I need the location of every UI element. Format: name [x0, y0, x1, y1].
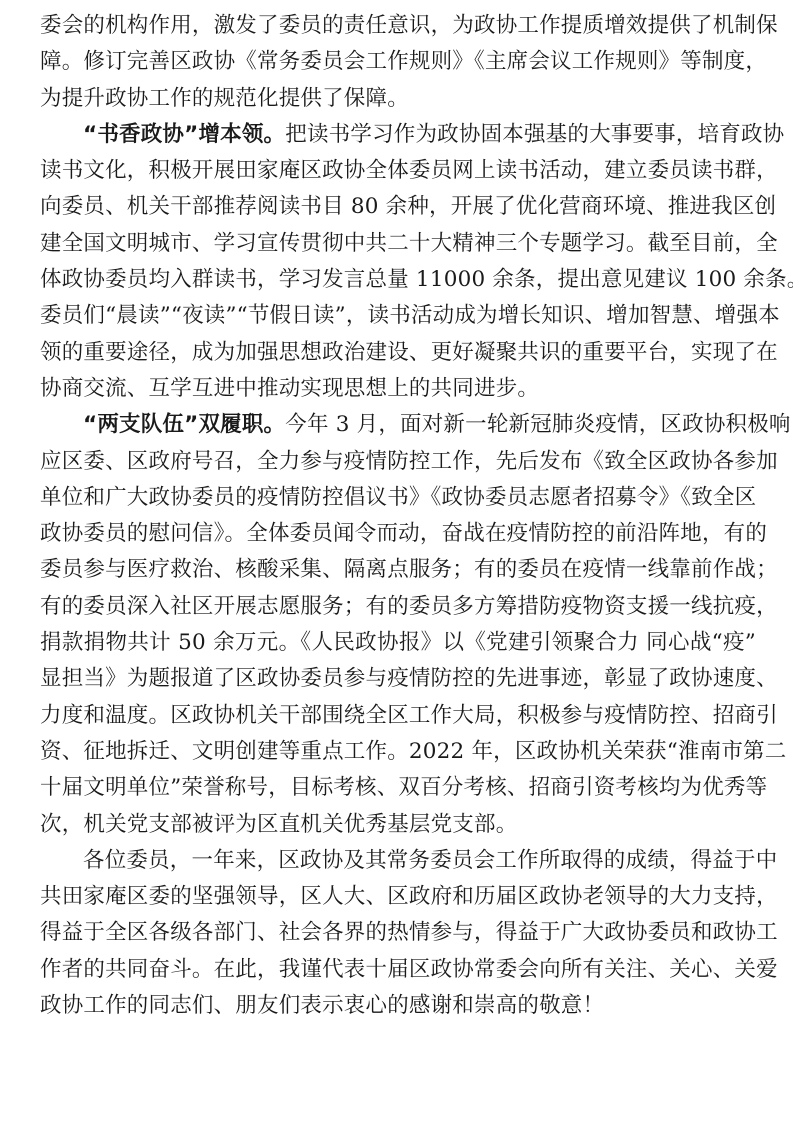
- text-line: 委员们“晨读”“夜读”“节假日读”，读书活动成为增长知识、增加智慧、增强本: [40, 298, 756, 334]
- text-line: 十届文明单位”荣誉称号，目标考核、双百分考核、招商引资考核均为优秀等: [40, 770, 756, 806]
- text-line: 得益于全区各级各部门、社会各界的热情参与，得益于广大政协委员和政协工: [40, 915, 756, 951]
- text-line: 力度和温度。区政协机关干部围绕全区工作大局，积极参与疫情防控、招商引: [40, 698, 756, 734]
- text-line: 应区委、区政府号召，全力参与疫情防控工作，先后发布《致全区政协各参加: [40, 444, 756, 480]
- paragraph-institutional-role: 委会的机构作用，激发了委员的责任意识，为政协工作提质增效提供了机制保 障。修订完…: [40, 8, 756, 117]
- text-line: 共田家庵区委的坚强领导，区人大、区政府和历届区政协老领导的大力支持，: [40, 879, 756, 915]
- text-line: 委会的机构作用，激发了委员的责任意识，为政协工作提质增效提供了机制保: [40, 8, 756, 44]
- text-line: 障。修订完善区政协《常务委员会工作规则》《主席会议工作规则》等制度，: [40, 44, 756, 80]
- text-line: 政协工作的同志们、朋友们表示衷心的感谢和崇高的敬意！: [40, 988, 756, 1024]
- text-line: 领的重要途径，成为加强思想政治建设、更好凝聚共识的重要平台，实现了在: [40, 335, 756, 371]
- text-line: 向委员、机关干部推荐阅读书目 80 余种，开展了优化营商环境、推进我区创: [40, 189, 756, 225]
- text-line: 协商交流、互学互进中推动实现思想上的共同进步。: [40, 371, 756, 407]
- text-line: 体政协委员均入群读书，学习发言总量 11000 余条，提出意见建议 100 余条…: [40, 262, 756, 298]
- text-line: “书香政协”增本领。把读书学习作为政协固本强基的大事要事，培育政协: [40, 117, 756, 153]
- text-line: 作者的共同奋斗。在此，我谨代表十届区政协常委会向所有关注、关心、关爱: [40, 952, 756, 988]
- text-line: 为提升政协工作的规范化提供了保障。: [40, 81, 756, 117]
- paragraph-scholarly-cppcc: “书香政协”增本领。把读书学习作为政协固本强基的大事要事，培育政协 读书文化，积…: [40, 117, 756, 407]
- text-line: 政协委员的慰问信》。全体委员闻令而动，奋战在疫情防控的前沿阵地，有的: [40, 516, 756, 552]
- paragraph-acknowledgement: 各位委员，一年来，区政协及其常务委员会工作所取得的成绩，得益于中 共田家庵区委的…: [40, 843, 756, 1024]
- text-run: 今年 3 月，面对新一轮新冠肺炎疫情，区政协积极响: [285, 412, 790, 437]
- text-line: 捐款捐物共计 50 余万元。《人民政协报》以《党建引领聚合力 同心战“疫”: [40, 625, 756, 661]
- text-line: 单位和广大政协委员的疫情防控倡议书》《政协委员志愿者招募令》《致全区: [40, 480, 756, 516]
- text-line: “两支队伍”双履职。今年 3 月，面对新一轮新冠肺炎疫情，区政协积极响: [40, 407, 756, 443]
- text-line: 委员参与医疗救治、核酸采集、隔离点服务；有的委员在疫情一线靠前作战；: [40, 552, 756, 588]
- text-line: 次，机关党支部被评为区直机关优秀基层党支部。: [40, 807, 756, 843]
- text-line: 读书文化，积极开展田家庵区政协全体委员网上读书活动，建立委员读书群，: [40, 153, 756, 189]
- paragraph-lead-heading: “书香政协”增本领。: [83, 122, 285, 147]
- text-line: 有的委员深入社区开展志愿服务；有的委员多方筹措防疫物资支援一线抗疫，: [40, 589, 756, 625]
- text-line: 各位委员，一年来，区政协及其常务委员会工作所取得的成绩，得益于中: [40, 843, 756, 879]
- text-line: 建全国文明城市、学习宣传贯彻中共二十大精神三个专题学习。截至目前，全: [40, 226, 756, 262]
- text-line: 资、征地拆迁、文明创建等重点工作。2022 年，区政协机关荣获“淮南市第二: [40, 734, 756, 770]
- text-line: 显担当》为题报道了区政协委员参与疫情防控的先进事迹，彰显了政协速度、: [40, 661, 756, 697]
- text-run: 把读书学习作为政协固本强基的大事要事，培育政协: [285, 122, 784, 147]
- document-page: 委会的机构作用，激发了委员的责任意识，为政协工作提质增效提供了机制保 障。修订完…: [40, 8, 756, 1024]
- paragraph-lead-heading: “两支队伍”双履职。: [83, 412, 285, 437]
- paragraph-two-teams: “两支队伍”双履职。今年 3 月，面对新一轮新冠肺炎疫情，区政协积极响 应区委、…: [40, 407, 756, 843]
